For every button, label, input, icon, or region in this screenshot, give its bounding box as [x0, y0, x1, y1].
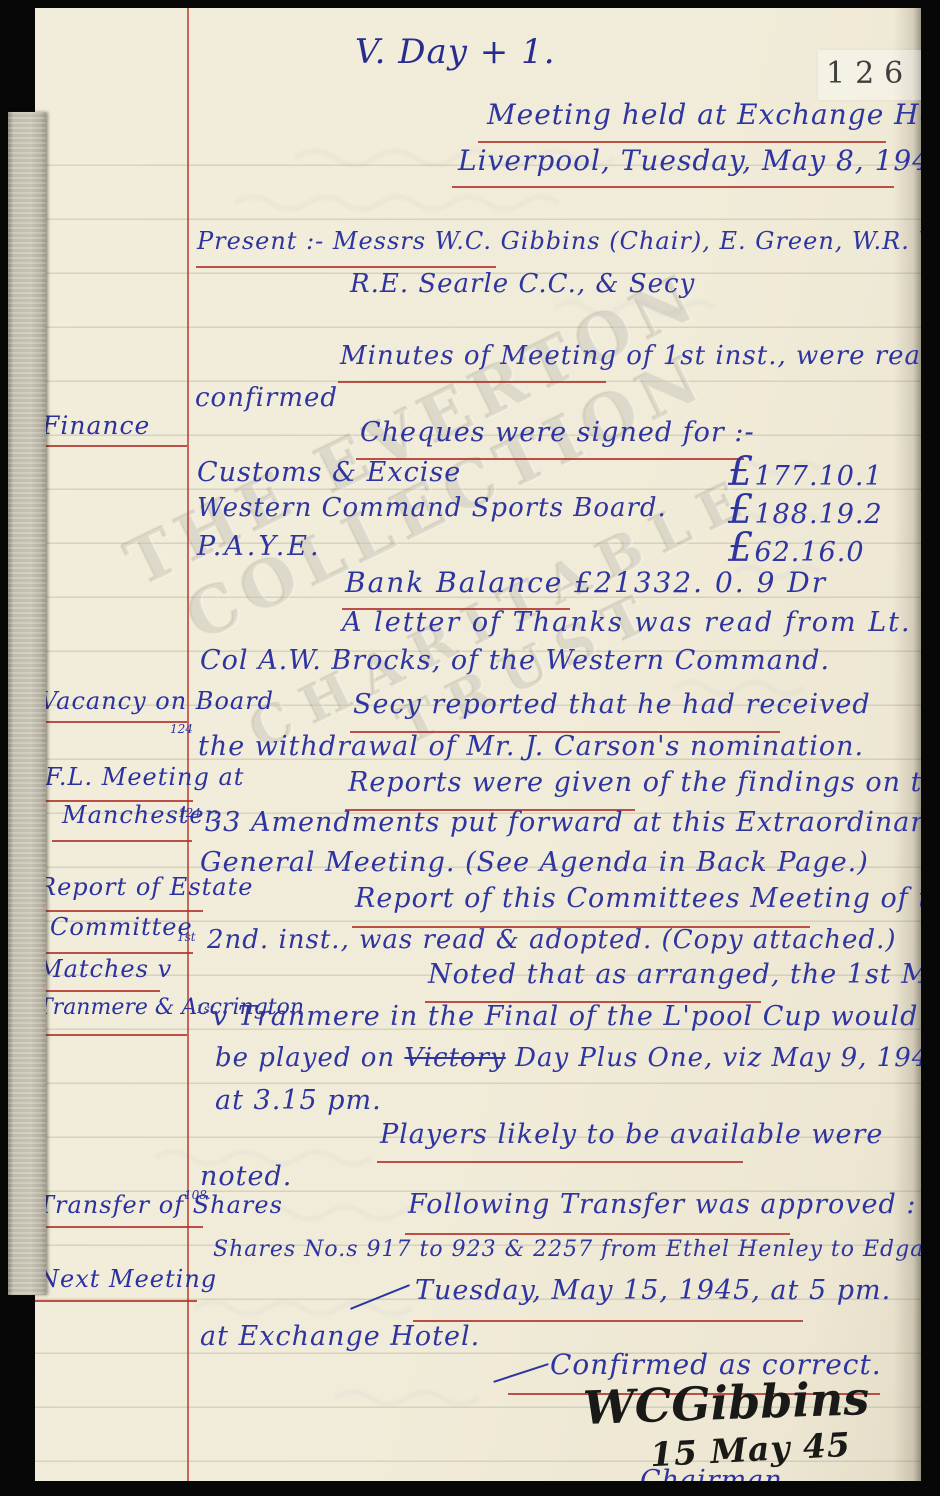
matches-line3: be played on Victory Day Plus One, viz M…: [215, 1044, 940, 1073]
margin-note-estate-1: Report of Estate: [38, 874, 253, 900]
matches-line4: at 3.15 pm.: [215, 1086, 382, 1116]
matches-line1: Noted that as arranged, the 1st Match: [428, 960, 940, 990]
red-underline: [377, 1161, 743, 1163]
margin-ref: 1st: [177, 930, 196, 944]
red-underline: [35, 990, 160, 992]
margin-note-estate-2: Committee: [50, 914, 193, 940]
margin-ref: 124: [170, 722, 193, 736]
margin-note-finance: Finance: [42, 412, 150, 440]
matches-line3-post: Day Plus One, viz May 9, 1945: [506, 1043, 940, 1073]
margin-ref: 124: [178, 806, 201, 820]
vacancy-line1: Secy reported that he had received: [353, 690, 871, 720]
page-title: V. Day + 1.: [355, 34, 556, 71]
chairman-signature: WCGibbins: [582, 1373, 870, 1434]
red-underline: [35, 445, 187, 447]
next-meeting-line2: at Exchange Hotel.: [200, 1322, 480, 1352]
red-underline: [35, 1226, 203, 1228]
estate-line1: Report of this Committees Meeting of the: [355, 884, 940, 914]
red-underline: [478, 141, 886, 143]
red-underline: [43, 952, 193, 954]
fl-meeting-line2: 33 Amendments put forward at this Extrao…: [205, 808, 940, 838]
cheque-payee: Western Command Sports Board.: [197, 494, 667, 523]
thanks-line2: Col A.W. Brocks, of the Western Command.: [200, 646, 830, 676]
players-noted: noted.: [200, 1162, 292, 1192]
heading-line2: Liverpool, Tuesday, May 8, 1945.: [458, 146, 940, 177]
red-underline: [35, 1300, 197, 1302]
next-meeting-line1: Tuesday, May 15, 1945, at 5 pm.: [415, 1276, 891, 1306]
scanned-minutes-page: THE EVERTON COLLECTION CHARITABLE TRUST …: [0, 0, 940, 1496]
margin-note-fl-meeting-1: F.L. Meeting at: [45, 764, 244, 790]
fl-meeting-line3: General Meeting. (See Agenda in Back Pag…: [200, 848, 869, 878]
minutes-line2: confirmed: [195, 384, 338, 413]
page-number: 126: [826, 56, 913, 91]
cheque-amount: £62.16.0: [728, 526, 865, 570]
red-underline: [196, 266, 496, 268]
margin-note-next-meeting: Next Meeting: [38, 1266, 217, 1292]
present-line1: Present :- Messrs W.C. Gibbins (Chair), …: [197, 228, 940, 254]
red-underline: [338, 381, 606, 383]
bank-balance: Bank Balance £21332. 0. 9 Dr: [345, 568, 827, 599]
margin-note-vacancy: Vacancy on Board: [40, 688, 274, 714]
red-underline: [452, 186, 894, 188]
matches-line2: v Tranmere in the Final of the L'pool Cu…: [212, 1002, 918, 1032]
fl-meeting-line1: Reports were given of the findings on th…: [348, 768, 940, 798]
present-line2: R.E. Searle C.C., & Secy: [350, 270, 695, 299]
matches-line3-pre: be played on: [215, 1043, 404, 1073]
estate-line2: 2nd. inst., was read & adopted. (Copy at…: [207, 926, 896, 955]
transfer-line2: Shares No.s 917 to 923 & 2257 from Ethel…: [213, 1238, 940, 1262]
margin-ref: 108.: [184, 1188, 211, 1202]
red-underline: [35, 910, 203, 912]
red-underline: [405, 1233, 790, 1235]
minutes-line1: Minutes of Meeting of 1st inst., were re…: [340, 342, 940, 371]
margin-note-matches-1: Matches v: [38, 956, 172, 982]
red-margin-rule: [187, 8, 189, 1481]
scan-border-bottom: [0, 1481, 940, 1496]
thanks-line1: A letter of Thanks was read from Lt.: [342, 608, 912, 638]
matches-line3-struck-word: Victory: [404, 1043, 505, 1073]
scan-border-right: [921, 0, 940, 1496]
cheque-payee: Customs & Excise: [197, 458, 461, 488]
players-line: Players likely to be available were: [380, 1120, 883, 1150]
cheque-payee: P.A.Y.E.: [197, 532, 322, 562]
red-underline: [35, 1034, 187, 1036]
scan-border-top: [0, 0, 940, 8]
heading-line1: Meeting held at Exchange Hotel,: [487, 100, 940, 131]
red-underline: [52, 840, 192, 842]
cheques-heading: Cheques were signed for :-: [360, 418, 755, 448]
margin-note-transfer: Transfer of Shares: [38, 1192, 283, 1218]
vacancy-line2: the withdrawal of Mr. J. Carson's nomina…: [198, 732, 864, 762]
transfer-line1: Following Transfer was approved : —: [408, 1190, 940, 1220]
red-underline: [35, 721, 187, 723]
page-edge-strip: [8, 112, 46, 1295]
